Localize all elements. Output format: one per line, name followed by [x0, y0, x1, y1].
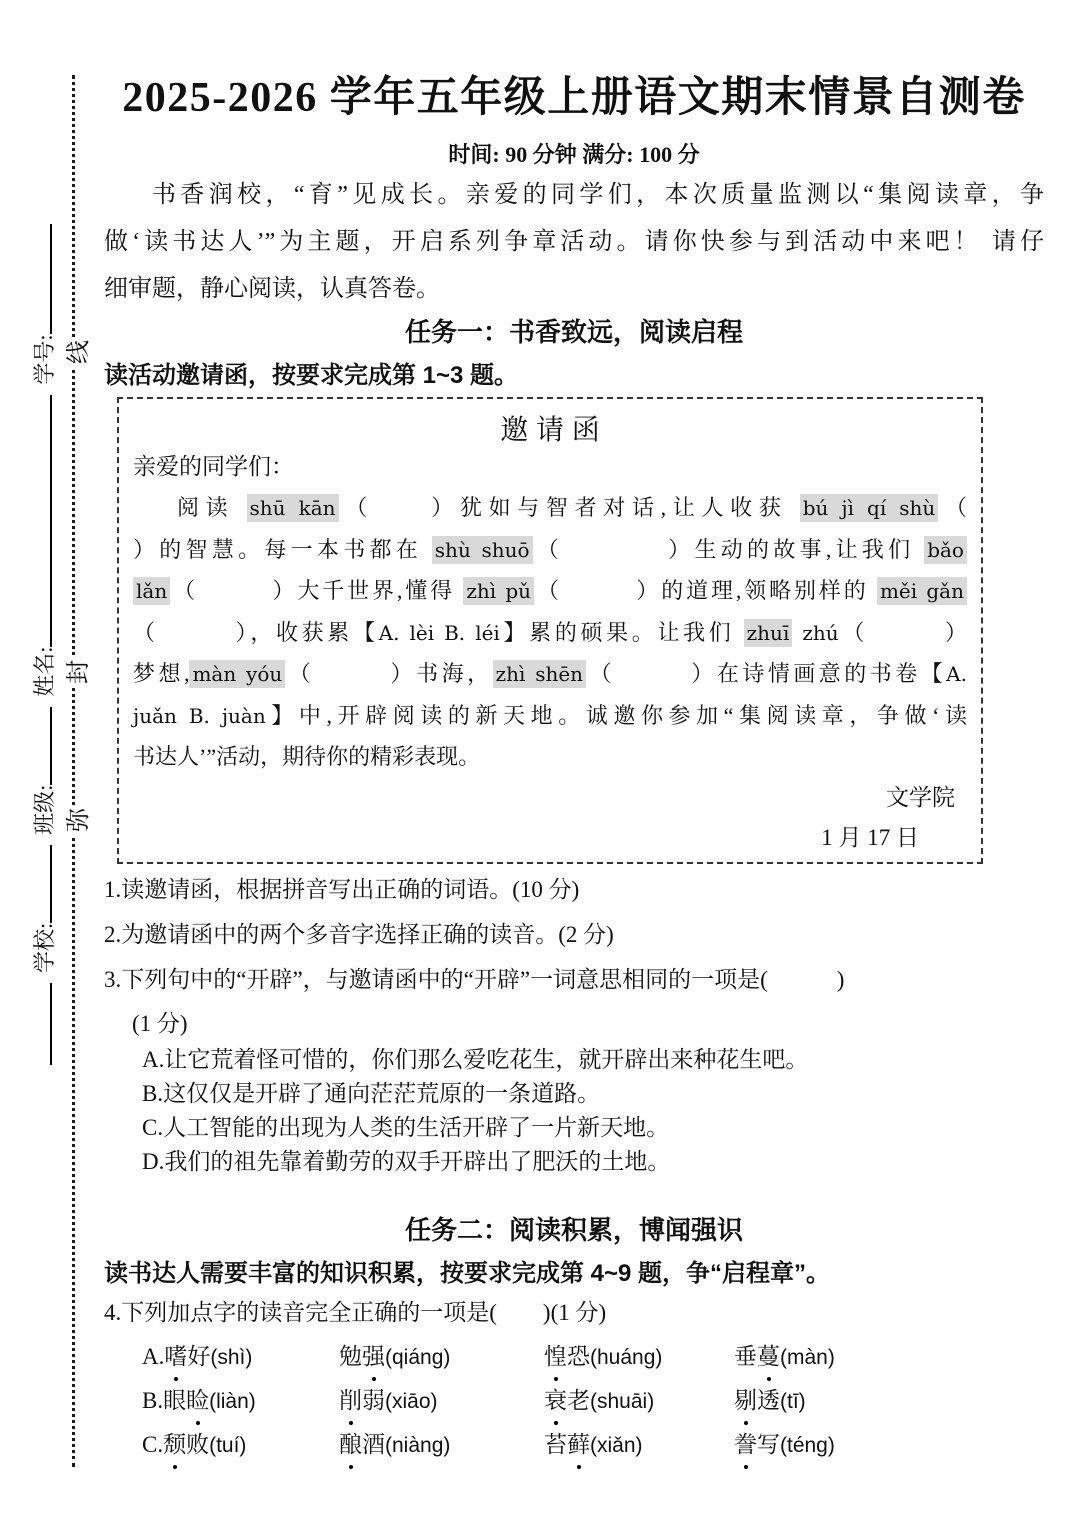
word-with-reading: 惶恐(huáng): [544, 1340, 734, 1375]
dotted-character: 颓: [163, 1428, 186, 1462]
question-3-stem: 3.下列句中的“开辟”，与邀请函中的“开辟”一词意思相同的一项是( ): [104, 963, 1044, 997]
letter-text: （ ）生动的故事,让我们: [533, 537, 925, 562]
pinyin-highlight: màn yóu: [189, 660, 285, 688]
pinyin-highlight: zhì pǔ: [463, 577, 534, 605]
letter-text: 】中,开辟阅读的新天地。诚邀你参加“集阅读章，争做‘读: [266, 703, 967, 728]
pinyin-reading: (niàng): [385, 1434, 450, 1457]
character: 写: [757, 1432, 780, 1457]
word-with-reading: 誊写(téng): [734, 1428, 1042, 1463]
dotted-character: 剔: [734, 1384, 757, 1418]
dotted-character: 衰: [544, 1384, 567, 1418]
letter-text: 书达人’”活动，期待你的精彩表现。: [133, 744, 480, 769]
pinyin-text: juǎn B. juàn: [133, 704, 266, 728]
student-info-label: 学校:: [32, 923, 57, 973]
pinyin-highlight: bú jì qí shù: [800, 494, 939, 522]
word-with-reading: 剔透(tī): [734, 1384, 1042, 1419]
invitation-line: 书达人’”活动，期待你的精彩表现。: [133, 736, 967, 778]
seal-character: 封: [58, 657, 93, 687]
question-3-option: B.这仅仅是开辟了通向茫茫荒原的一条道路。: [104, 1077, 1044, 1111]
character: 酒: [362, 1432, 385, 1457]
character: 眼: [163, 1388, 186, 1413]
letter-text: （: [938, 495, 967, 520]
pinyin-reading: (huáng): [590, 1346, 662, 1369]
invitation-line: juǎn B. juàn】中,开辟阅读的新天地。诚邀你参加“集阅读章，争做‘读: [133, 695, 967, 737]
intro-line: 做‘读书达人’”为主题，开启系列争章活动。请你快参与到活动中来吧！ 请仔: [104, 219, 1044, 266]
intro-paragraph: 书香润校，“育”见成长。亲爱的同学们，本次质量监测以“集阅读章，争做‘读书达人’…: [104, 172, 1044, 313]
question-4-row: B.眼睑(liàn)削弱(xiāo)衰老(shuāi)剔透(tī): [142, 1384, 1042, 1419]
question-3-option: C.人工智能的出现为人类的生活开辟了一片新天地。: [104, 1111, 1044, 1145]
question-2: 2.为邀请函中的两个多音字选择正确的读音。(2 分): [104, 918, 1044, 952]
invitation-box: 邀 请 函 亲爱的同学们： 阅读 shū kān（ ）犹如与智者对话,让人收获 …: [117, 397, 983, 864]
section2-instruction: 读书达人需要丰富的知识积累，按要求完成第 4~9 题，争“启程章”。: [104, 1253, 1044, 1288]
section1-instruction: 读活动邀请函，按要求完成第 1~3 题。: [104, 355, 1044, 390]
exam-paper-page: 弥封线 学校:班级:姓名:学号: 2025-2026 学年五年级上册语文期末情景…: [0, 0, 1080, 1527]
letter-text: 梦想,: [133, 661, 189, 686]
character: 好: [187, 1344, 210, 1369]
pinyin-highlight: lǎn: [133, 577, 170, 605]
invitation-signer: 文学院: [133, 778, 967, 818]
pinyin-highlight: měi gǎn: [877, 577, 967, 605]
pinyin-text: A. lèi B. léi: [379, 621, 500, 645]
word-with-reading: B.眼睑(liàn): [142, 1384, 339, 1419]
letter-text: （ ）: [839, 620, 967, 645]
question-3-options: A.让它荒着怪可惜的，你们那么爱吃花生，就开辟出来种花生吧。B.这仅仅是开辟了通…: [104, 1043, 1044, 1179]
character: 透: [757, 1388, 780, 1413]
option-letter: A.: [142, 1344, 164, 1369]
pinyin-reading: (qiáng): [385, 1346, 450, 1369]
pinyin-reading: (màn): [780, 1346, 835, 1369]
character: 垂: [734, 1344, 757, 1369]
word-with-reading: 削弱(xiāo): [339, 1384, 544, 1419]
letter-text: （ ）大千世界,懂得: [170, 578, 463, 603]
intro-line: 细审题，静心阅读，认真答卷。: [104, 266, 1044, 313]
letter-text: ）的智慧。每一本书都在: [133, 537, 432, 562]
section2-heading: 任务二：阅读积累，博闻强识: [104, 1210, 1044, 1247]
invitation-title: 邀 请 函: [133, 413, 967, 447]
pinyin-highlight: zhuī: [744, 619, 793, 647]
invitation-date: 1 月 17 日: [133, 818, 967, 858]
invitation-body: 阅读 shū kān（ ）犹如与智者对话,让人收获 bú jì qí shù（）…: [133, 487, 967, 778]
pinyin-reading: (xiǎn): [590, 1434, 643, 1457]
answer-blank: [34, 845, 52, 923]
word-with-reading: C.颓败(tuí): [142, 1428, 339, 1463]
pinyin-reading: (liàn): [209, 1390, 256, 1413]
character: 败: [186, 1432, 209, 1457]
letter-text: 阅读: [177, 495, 247, 520]
dotted-character: 誊: [734, 1428, 757, 1462]
question-4-row: A.嗜好(shì)勉强(qiáng)惶恐(huáng)垂蔓(màn): [142, 1340, 1042, 1375]
dotted-character: 藓: [567, 1428, 590, 1462]
seal-character: 线: [58, 337, 93, 367]
invitation-line: ）的智慧。每一本书都在 shù shuō（ ）生动的故事,让我们 bǎo: [133, 529, 967, 571]
answer-blank: [34, 707, 52, 785]
invitation-line: （ ），收获累【A. lèi B. léi】累的硕果。让我们 zhuī zhú（…: [133, 612, 967, 654]
pinyin-highlight: shù shuō: [432, 536, 533, 564]
seal-character: 弥: [58, 805, 93, 835]
word-with-reading: A.嗜好(shì): [142, 1340, 339, 1375]
dotted-character: 睑: [186, 1384, 209, 1418]
question-4-row: C.颓败(tuí)酿酒(niàng)苔藓(xiǎn)誊写(téng): [142, 1428, 1042, 1463]
pinyin-reading: (shì): [210, 1346, 252, 1369]
invitation-line: 阅读 shū kān（ ）犹如与智者对话,让人收获 bú jì qí shù（: [133, 487, 967, 529]
word-with-reading: 苔藓(xiǎn): [544, 1428, 734, 1463]
pinyin-text: A.: [946, 662, 967, 686]
student-info-label: 班级:: [32, 785, 57, 835]
word-with-reading: 勉强(qiáng): [339, 1340, 544, 1375]
question-1: 1.读邀请函，根据拼音写出正确的词语。(10 分): [104, 873, 1044, 907]
seal-line-characters: 弥封线: [58, 233, 90, 1063]
character: 勉: [339, 1344, 362, 1369]
dotted-character: 惶: [544, 1340, 567, 1374]
question-3-option: D.我们的祖先靠着勤劳的双手开辟出了肥沃的土地。: [104, 1145, 1044, 1179]
time-score-line: 时间: 90 分钟 满分: 100 分: [104, 138, 1044, 169]
dotted-character: 酿: [339, 1428, 362, 1462]
character: 老: [567, 1388, 590, 1413]
question-4-stem: 4.下列加点字的读音完全正确的一项是( )(1 分): [104, 1296, 1044, 1330]
dotted-character: 蔓: [757, 1340, 780, 1374]
section1-heading: 任务一：书香致远，阅读启程: [104, 312, 1044, 349]
letter-text: （ ）犹如与智者对话,让人收获: [339, 495, 800, 520]
dotted-character: 削: [339, 1384, 362, 1418]
letter-text: （ ）在诗情画意的书卷【: [586, 661, 946, 686]
character: 恐: [567, 1344, 590, 1369]
invitation-line: lǎn（ ）大千世界,懂得 zhì pǔ（ ）的道理,领略别样的 měi gǎn: [133, 570, 967, 612]
pinyin-reading: (tuí): [209, 1434, 246, 1457]
pinyin-highlight: bǎo: [924, 536, 967, 564]
answer-blank: [34, 983, 52, 1065]
option-letter: B.: [142, 1388, 163, 1413]
dotted-character: 嗜: [164, 1340, 187, 1374]
answer-blank: [34, 225, 52, 335]
answer-blank: [34, 395, 52, 647]
character: 苔: [544, 1432, 567, 1457]
intro-line: 书香润校，“育”见成长。亲爱的同学们，本次质量监测以“集阅读章，争: [104, 172, 1044, 219]
dotted-character: 强: [362, 1340, 385, 1374]
pinyin-highlight: zhì shēn: [493, 660, 587, 688]
option-letter: C.: [142, 1432, 163, 1457]
invitation-line: 梦想,màn yóu（ ）书海，zhì shēn（ ）在诗情画意的书卷【A.: [133, 653, 967, 695]
word-with-reading: 垂蔓(màn): [734, 1340, 1042, 1375]
student-info-label: 学号:: [32, 335, 57, 385]
pinyin-reading: (shuāi): [590, 1390, 654, 1413]
pinyin-highlight: shū kān: [247, 494, 339, 522]
word-with-reading: 酿酒(niàng): [339, 1428, 544, 1463]
pinyin-text: zhú: [792, 621, 838, 645]
pinyin-reading: (xiāo): [385, 1390, 438, 1413]
question-3-option: A.让它荒着怪可惜的，你们那么爱吃花生，就开辟出来种花生吧。: [104, 1043, 1044, 1077]
paper-title: 2025-2026 学年五年级上册语文期末情景自测卷: [104, 64, 1044, 124]
character: 弱: [362, 1388, 385, 1413]
word-with-reading: 衰老(shuāi): [544, 1384, 734, 1419]
pinyin-reading: (téng): [780, 1434, 835, 1457]
question-3-score: (1 分): [104, 1007, 1072, 1041]
letter-text: （ ），收获累【: [133, 620, 379, 645]
letter-text: 】累的硕果。让我们: [500, 620, 744, 645]
student-info-labels: 学校:班级:姓名:学号:: [28, 220, 58, 1065]
pinyin-reading: (tī): [780, 1390, 806, 1413]
invitation-salutation: 亲爱的同学们：: [133, 447, 967, 487]
student-info-label: 姓名:: [32, 647, 57, 697]
letter-text: （ ）书海，: [285, 661, 492, 686]
letter-text: （ ）的道理,领略别样的: [534, 578, 877, 603]
